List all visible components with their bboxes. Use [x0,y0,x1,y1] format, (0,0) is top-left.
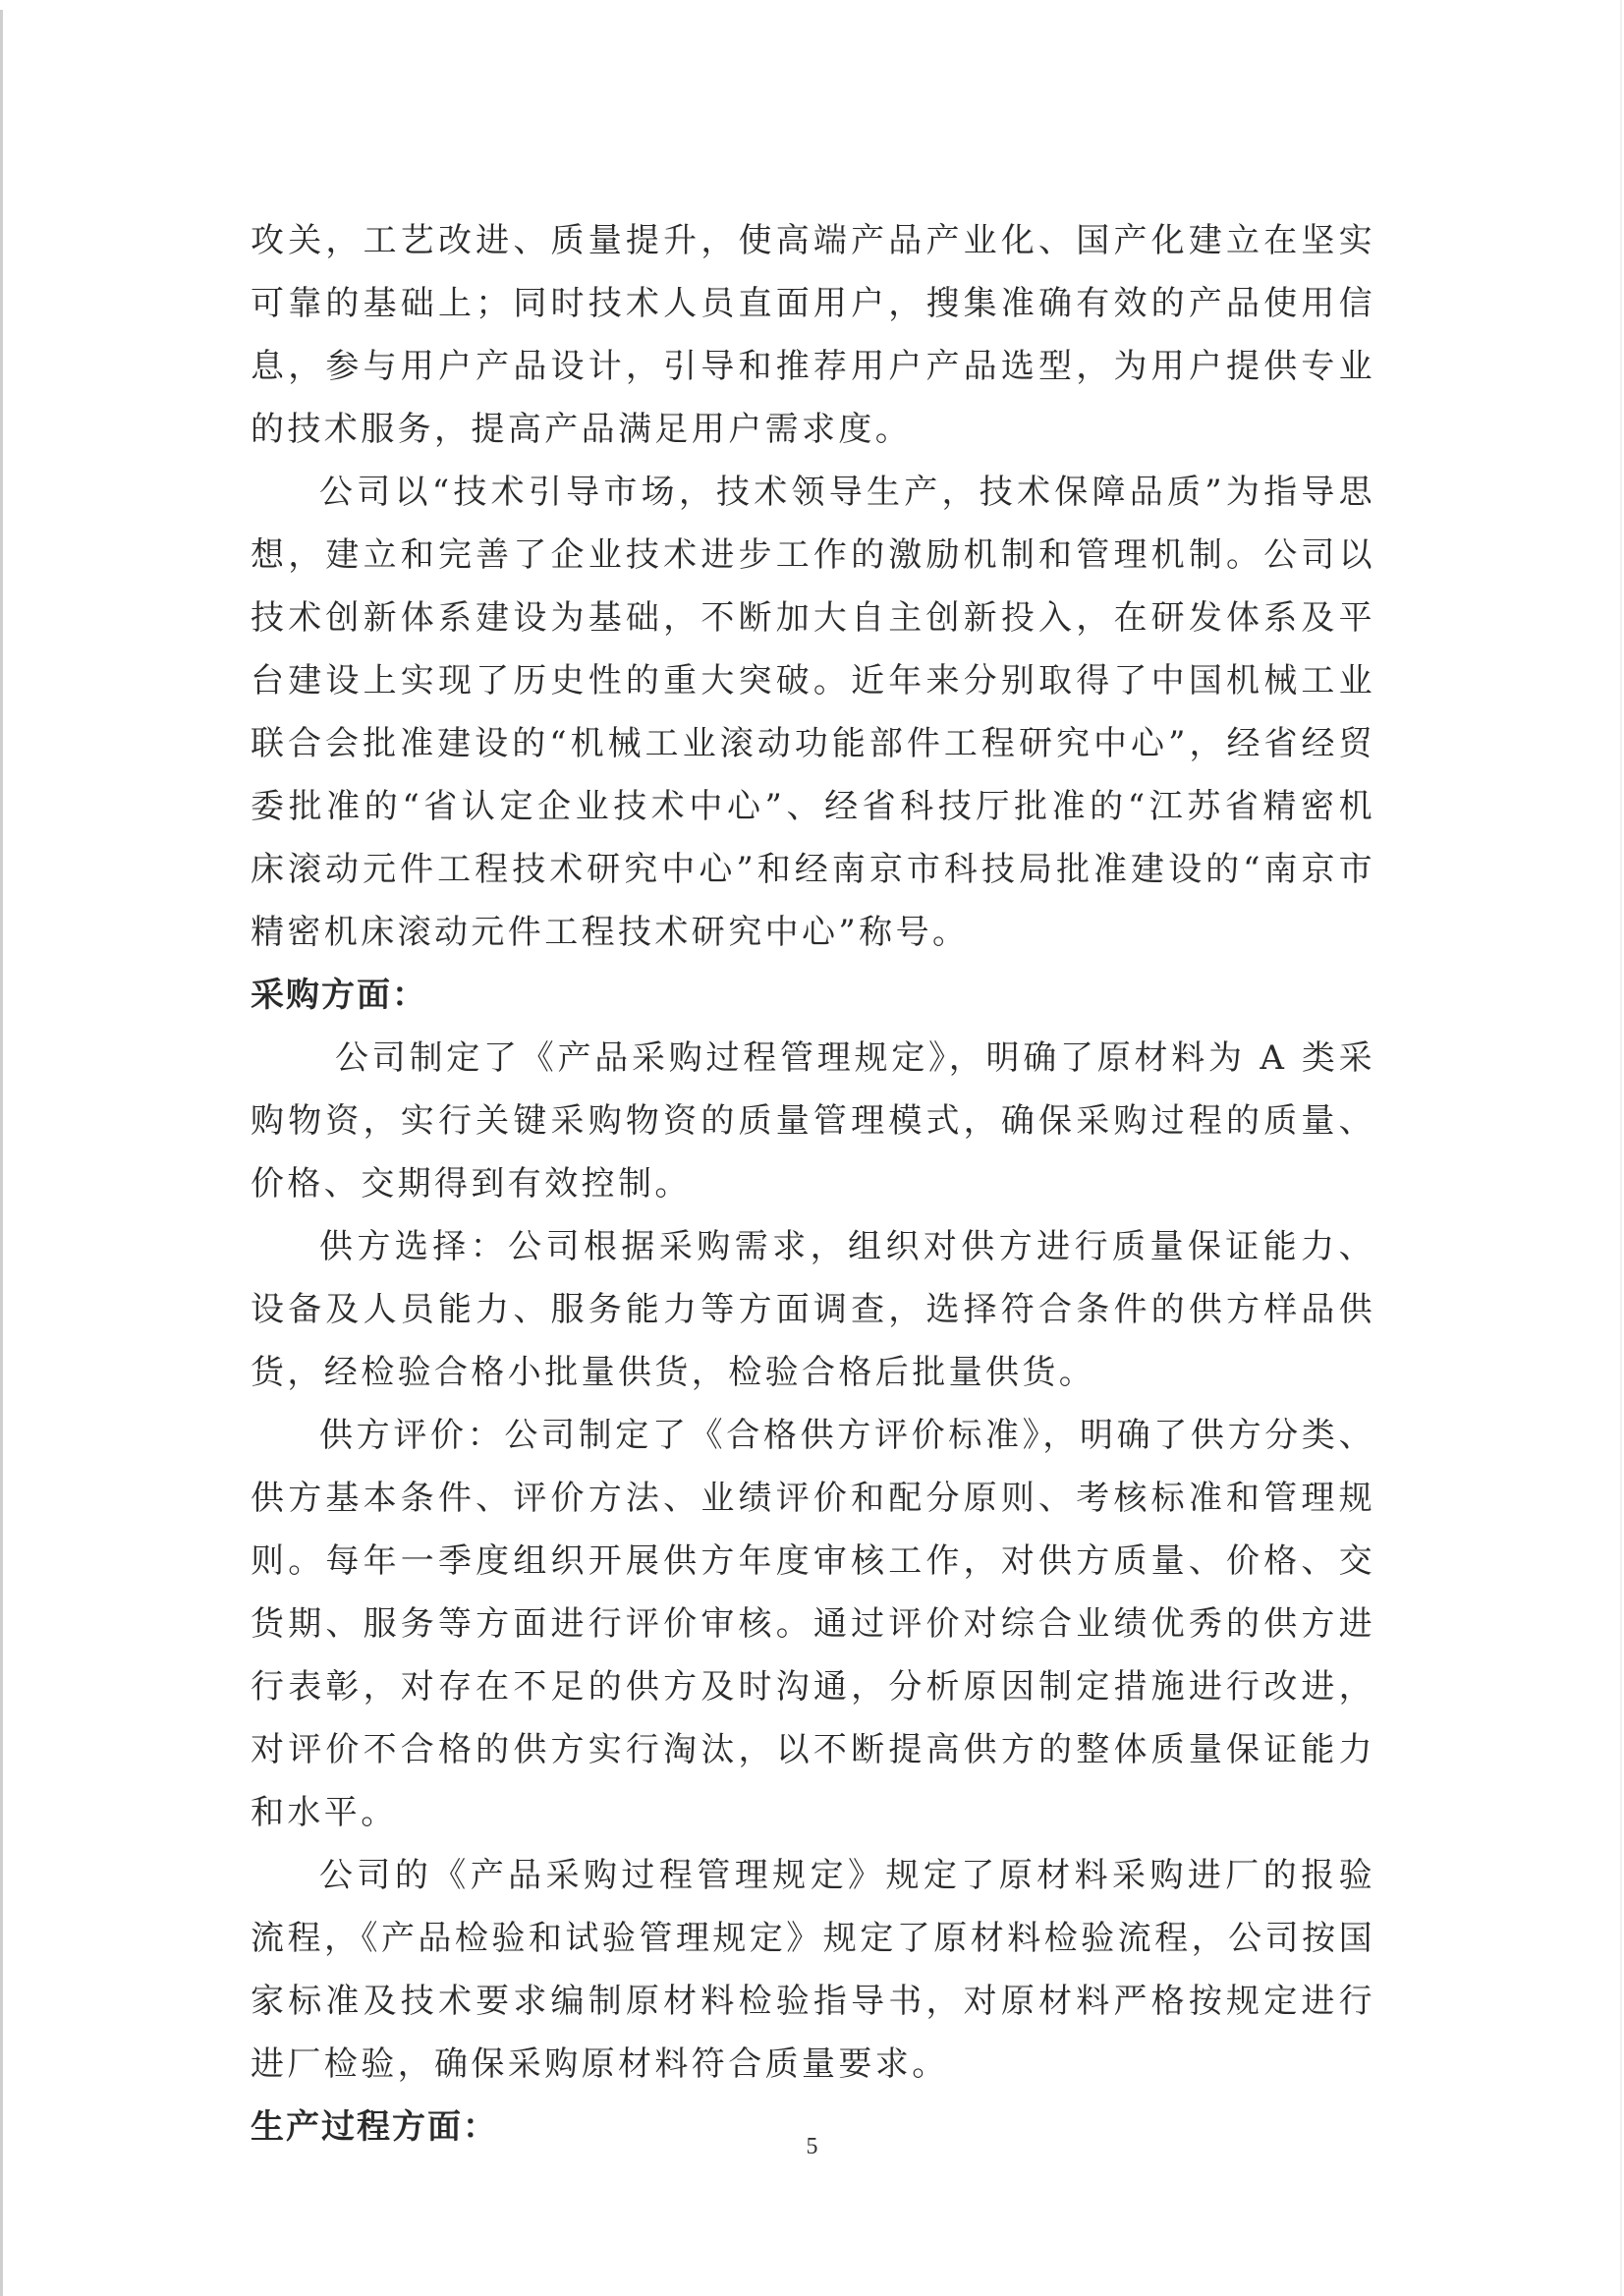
section-heading-procurement: 采购方面： [251,964,1375,1027]
paragraph-tech-guidance: 公司以“技术引导市场，技术领导生产，技术保障品质”为指导思想，建立和完善了企业技… [251,461,1375,964]
scan-edge-left [0,10,3,2296]
paragraph-supplier-evaluation: 供方评价：公司制定了《合格供方评价标准》，明确了供方分类、供方基本条件、评价方法… [251,1404,1375,1844]
page-number: 5 [0,2134,1624,2160]
scan-edge-right [1620,0,1622,2296]
document-page-body: 攻关，工艺改进、质量提升，使高端产品产业化、国产化建立在坚实可靠的基础上；同时技… [251,209,1375,2158]
paragraph-material-inspection: 公司的《产品采购过程管理规定》规定了原材料采购进厂的报验流程，《产品检验和试验管… [251,1844,1375,2096]
paragraph-tech-service: 攻关，工艺改进、质量提升，使高端产品产业化、国产化建立在坚实可靠的基础上；同时技… [251,209,1375,461]
paragraph-procurement-rules: 公司制定了《产品采购过程管理规定》，明确了原材料为 A 类采购物资，实行关键采购… [251,1027,1375,1215]
paragraph-supplier-selection: 供方选择：公司根据采购需求，组织对供方进行质量保证能力、设备及人员能力、服务能力… [251,1215,1375,1404]
